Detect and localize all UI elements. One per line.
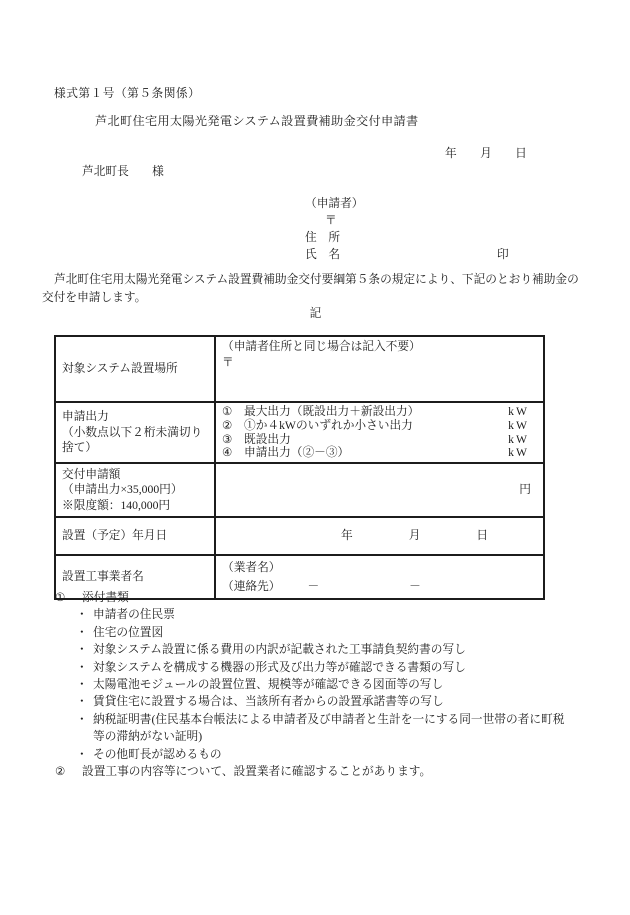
list-item: ・住宅の位置図: [76, 624, 567, 641]
note-number: ②: [55, 763, 82, 780]
bullet-dot: ・: [76, 746, 93, 763]
addressee-line: 芦北町長 様: [82, 163, 164, 179]
item-unit: kW: [508, 446, 529, 460]
bullet-dot: ・: [76, 606, 93, 623]
output-item: ④ 申請出力（②－③） kW: [222, 446, 529, 460]
item-number: ②: [222, 419, 244, 433]
attachment-item: 対象システム設置に係る費用の内訳が記載された工事請負契約書の写し: [93, 641, 567, 658]
item-unit: kW: [508, 405, 529, 419]
applicant-label: （申請者）: [305, 195, 535, 212]
date-blank-line: 年 月 日: [445, 145, 527, 161]
item-text: 既設出力: [244, 433, 508, 447]
bullet-dot: ・: [76, 624, 93, 641]
output-item: ③ 既設出力 kW: [222, 433, 529, 447]
name-label: 氏 名: [305, 248, 340, 261]
item-number: ④: [222, 446, 244, 460]
name-seal-line: 氏 名 印: [305, 246, 535, 263]
label-line: 申請出力: [62, 409, 208, 425]
application-table: 対象システム設置場所 （申請者住所と同じ場合は記入不要） 〒 申請出力 （小数点…: [54, 335, 545, 600]
attachment-item: 対象システムを構成する機器の形式及び出力等が確認できる書類の写し: [93, 659, 567, 676]
row-label-application-output: 申請出力 （小数点以下２桁未満切り 捨て）: [55, 402, 215, 463]
year-label: 年: [341, 529, 353, 542]
item-number: ①: [222, 405, 244, 419]
attachments-title: 添付書類: [82, 589, 567, 606]
label-line: （小数点以下２桁未満切り: [62, 425, 208, 441]
bullet-dot: ・: [76, 693, 93, 710]
installation-site-cell: （申請者住所と同じ場合は記入不要） 〒: [215, 336, 544, 402]
installation-date-cell: 年月日: [215, 517, 544, 555]
table-row-installation-site: 対象システム設置場所 （申請者住所と同じ場合は記入不要） 〒: [55, 336, 544, 402]
company-name-label: （業者名）: [222, 558, 537, 577]
yen-unit: 円: [519, 483, 531, 496]
output-item: ② ①か４kWのいずれか小さい出力 kW: [222, 419, 529, 433]
month-label: 月: [409, 529, 421, 542]
attachment-item: 賃貸住宅に設置する場合は、当該所有者からの設置承諾書等の写し: [93, 693, 567, 710]
body-paragraph: 芦北町住宅用太陽光発電システム設置費補助金交付要綱第５条の規定により、下記のとお…: [42, 271, 589, 306]
table-row-grant-amount: 交付申請額 （申請出力×35,000円） ※限度額：140,000円 円: [55, 463, 544, 517]
attachments-heading: ① 添付書類: [55, 589, 567, 606]
confirmation-note: ② 設置工事の内容等について、設置業者に確認することがあります。: [55, 763, 567, 780]
label-line: ※限度額：140,000円: [62, 498, 208, 514]
list-item: ・対象システムを構成する機器の形式及び出力等が確認できる書類の写し: [76, 659, 567, 676]
list-item: ・対象システム設置に係る費用の内訳が記載された工事請負契約書の写し: [76, 641, 567, 658]
day-label: 日: [476, 529, 488, 542]
bullet-dot: ・: [76, 659, 93, 676]
row-label-grant-amount: 交付申請額 （申請出力×35,000円） ※限度額：140,000円: [55, 463, 215, 517]
item-text: 最大出力（既設出力＋新設出力）: [244, 405, 508, 419]
applicant-block: （申請者） 〒 住 所 氏 名 印: [305, 195, 535, 263]
item-number: ③: [222, 433, 244, 447]
address-label: 住 所: [305, 229, 535, 246]
subsidy-application-form-page: 様式第１号（第５条関係） 芦北町住宅用太陽光発電システム設置費補助金交付申請書 …: [0, 0, 630, 915]
bullet-dot: ・: [76, 676, 93, 693]
item-unit: kW: [508, 433, 529, 447]
attachment-item: 太陽電池モジュールの設置位置、規模等が確認できる図面等の写し: [93, 676, 567, 693]
label-line: （申請出力×35,000円）: [62, 482, 208, 498]
postal-mark: 〒: [222, 355, 537, 371]
attachment-item: 申請者の住民票: [93, 606, 567, 623]
site-note: （申請者住所と同じ場合は記入不要）: [222, 339, 537, 355]
attachment-item: その他町長が認めるもの: [93, 746, 567, 763]
row-label-installation-date: 設置（予定）年月日: [55, 517, 215, 555]
confirmation-text: 設置工事の内容等について、設置業者に確認することがあります。: [82, 763, 567, 780]
notes-section: ① 添付書類 ・申請者の住民票 ・住宅の位置図 ・対象システム設置に係る費用の内…: [55, 589, 567, 780]
postal-mark: 〒: [305, 212, 535, 229]
form-number: 様式第１号（第５条関係）: [54, 85, 200, 101]
item-text: 申請出力（②－③）: [244, 446, 508, 460]
list-item: ・賃貸住宅に設置する場合は、当該所有者からの設置承諾書等の写し: [76, 693, 567, 710]
attachment-item: 納税証明書(住民基本台帳法による申請者及び申請者と生計を一にする同一世帯の者に町…: [93, 711, 567, 746]
list-item: ・申請者の住民票: [76, 606, 567, 623]
grant-amount-cell: 円: [215, 463, 544, 517]
bullet-dot: ・: [76, 641, 93, 658]
table-row-installation-date: 設置（予定）年月日 年月日: [55, 517, 544, 555]
list-item: ・納税証明書(住民基本台帳法による申請者及び申請者と生計を一にする同一世帯の者に…: [76, 711, 567, 746]
note-number: ①: [55, 589, 82, 606]
bullet-dot: ・: [76, 711, 93, 746]
list-item: ・太陽電池モジュールの設置位置、規模等が確認できる図面等の写し: [76, 676, 567, 693]
output-items-cell: ① 最大出力（既設出力＋新設出力） kW ② ①か４kWのいずれか小さい出力 k…: [215, 402, 544, 463]
row-label-installation-site: 対象システム設置場所: [55, 336, 215, 402]
attachment-item: 住宅の位置図: [93, 624, 567, 641]
label-line: 捨て）: [62, 440, 208, 456]
attachments-list: ・申請者の住民票 ・住宅の位置図 ・対象システム設置に係る費用の内訳が記載された…: [76, 606, 567, 763]
list-item: ・その他町長が認めるもの: [76, 746, 567, 763]
item-text: ①か４kWのいずれか小さい出力: [244, 419, 508, 433]
label-line: 交付申請額: [62, 467, 208, 483]
record-mark: 記: [42, 305, 589, 321]
seal-label: 印: [497, 246, 509, 263]
page-title: 芦北町住宅用太陽光発電システム設置費補助金交付申請書: [95, 112, 418, 129]
item-unit: kW: [508, 419, 529, 433]
output-item: ① 最大出力（既設出力＋新設出力） kW: [222, 405, 529, 419]
table-row-application-output: 申請出力 （小数点以下２桁未満切り 捨て） ① 最大出力（既設出力＋新設出力） …: [55, 402, 544, 463]
